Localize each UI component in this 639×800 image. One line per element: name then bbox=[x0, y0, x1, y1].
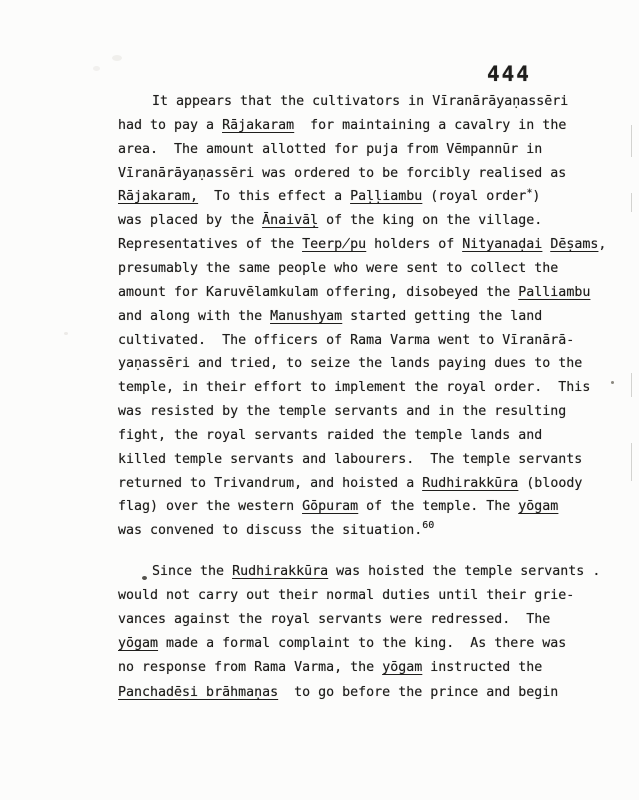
text-run: Representatives of the bbox=[118, 237, 302, 252]
text-line: had to pay a Rājakaram for maintaining a… bbox=[118, 119, 566, 133]
text-line: yaṇassēri and tried, to seize the lands … bbox=[118, 357, 582, 371]
text-run: vances against the royal servants were r… bbox=[118, 612, 550, 627]
text-line: It appears that the cultivators in Vīran… bbox=[152, 95, 568, 109]
scan-artifact-line bbox=[631, 373, 632, 397]
text-line: amount for Karuvēlamkulam offering, diso… bbox=[118, 286, 590, 300]
text-line: was placed by the Ānaivāḷ of the king on… bbox=[118, 214, 542, 228]
text-run: was hoisted the temple servants . bbox=[328, 564, 600, 579]
text-run: (bloody bbox=[518, 476, 582, 491]
underlined-term: Rudhirakkūra bbox=[232, 564, 328, 579]
text-run: flag) over the western bbox=[118, 499, 302, 514]
text-line: vances against the royal servants were r… bbox=[118, 613, 550, 627]
text-run: Vīranārāyaṇassēri was ordered to be forc… bbox=[118, 166, 566, 181]
text-run: was placed by the bbox=[118, 213, 262, 228]
underlined-term: Rājakaram bbox=[222, 118, 294, 133]
scan-artifact-line bbox=[631, 193, 632, 212]
text-run: would not carry out their normal duties … bbox=[118, 588, 574, 603]
text-run: fight, the royal servants raided the tem… bbox=[118, 428, 542, 443]
text-run: started getting the land bbox=[342, 309, 542, 324]
underlined-term: yōgam bbox=[118, 636, 158, 651]
underlined-term: Nityanaḍai bbox=[462, 237, 542, 252]
scan-artifact-line bbox=[631, 443, 632, 481]
text-run: to go before the prince and begin bbox=[278, 685, 558, 700]
text-run: killed temple servants and labourers. Th… bbox=[118, 452, 582, 467]
document-page: 444 It appears that the cultivators in V… bbox=[0, 0, 639, 800]
text-run: ) bbox=[532, 189, 540, 204]
text-line: yōgam made a formal complaint to the kin… bbox=[118, 637, 566, 651]
text-line: cultivated. The officers of Rama Varma w… bbox=[118, 334, 574, 348]
text-line: fight, the royal servants raided the tem… bbox=[118, 429, 542, 443]
text-run: instructed the bbox=[422, 660, 542, 675]
scan-artifact-speck bbox=[64, 332, 68, 335]
underlined-term: Ānaivāḷ bbox=[262, 213, 318, 228]
footnote-marker: ∗ bbox=[526, 186, 532, 197]
text-run: returned to Trivandrum, and hoisted a bbox=[118, 476, 422, 491]
text-run: presumably the same people who were sent… bbox=[118, 261, 558, 276]
underlined-term: Manushyam bbox=[270, 309, 342, 324]
text-run: made a formal complaint to the king. As … bbox=[158, 636, 566, 651]
text-line: was resisted by the temple servants and … bbox=[118, 405, 566, 419]
text-run: no response from Rama Varma, the bbox=[118, 660, 382, 675]
text-run: was resisted by the temple servants and … bbox=[118, 404, 566, 419]
scan-artifact-speck bbox=[611, 381, 614, 384]
text-line: area. The amount allotted for puja from … bbox=[118, 143, 542, 157]
text-line: presumably the same people who were sent… bbox=[118, 262, 558, 276]
text-line: returned to Trivandrum, and hoisted a Ru… bbox=[118, 477, 582, 491]
text-line: Rājakaram, To this effect a Paḷḷiambu (r… bbox=[118, 190, 540, 205]
underlined-term: Rudhirakkūra bbox=[422, 476, 518, 491]
scan-artifact-speck bbox=[112, 55, 122, 61]
underlined-term: Palliambu bbox=[518, 285, 590, 300]
underlined-term: Rājakaram, bbox=[118, 189, 198, 204]
text-line: Representatives of the Teerp̸pu holders … bbox=[118, 238, 606, 252]
scan-artifact-speck bbox=[93, 66, 100, 71]
text-run: of the king on the village. bbox=[318, 213, 542, 228]
text-run: To this effect a bbox=[198, 189, 350, 204]
text-run: for maintaining a cavalry in the bbox=[294, 118, 566, 133]
text-run: holders of bbox=[366, 237, 462, 252]
text-line: no response from Rama Varma, the yōgam i… bbox=[118, 661, 542, 675]
underlined-term: Paḷḷiambu bbox=[350, 189, 422, 204]
text-run: and along with the bbox=[118, 309, 270, 324]
scan-artifact-speck bbox=[142, 576, 147, 580]
underlined-term: Dēṣams bbox=[550, 237, 598, 252]
text-line: Panchadēsi brāhmaṇas to go before the pr… bbox=[118, 686, 558, 700]
text-line: killed temple servants and labourers. Th… bbox=[118, 453, 582, 467]
text-run: had to pay a bbox=[118, 118, 222, 133]
text-line: Since the Rudhirakkūra was hoisted the t… bbox=[152, 565, 600, 579]
underlined-term: yōgam bbox=[382, 660, 422, 675]
text-run: cultivated. The officers of Rama Varma w… bbox=[118, 333, 574, 348]
text-run: Since the bbox=[152, 564, 232, 579]
text-run: , bbox=[598, 237, 606, 252]
text-run: It appears that the cultivators in Vīran… bbox=[152, 94, 568, 109]
text-run: yaṇassēri and tried, to seize the lands … bbox=[118, 356, 582, 371]
text-run: was convened to discuss the situation. bbox=[118, 523, 422, 538]
underlined-term: yōgam bbox=[518, 499, 558, 514]
text-run: amount for Karuvēlamkulam offering, diso… bbox=[118, 285, 518, 300]
text-line: flag) over the western Gōpuram of the te… bbox=[118, 500, 558, 514]
text-line: would not carry out their normal duties … bbox=[118, 589, 574, 603]
text-run: (royal order bbox=[422, 189, 526, 204]
page-number: 444 bbox=[487, 63, 531, 85]
text-run: area. The amount allotted for puja from … bbox=[118, 142, 542, 157]
footnote-marker: 60 bbox=[422, 520, 434, 531]
text-line: temple, in their effort to implement the… bbox=[118, 381, 590, 395]
underlined-term: Gōpuram bbox=[302, 499, 358, 514]
text-line: and along with the Manushyam started get… bbox=[118, 310, 542, 324]
text-line: Vīranārāyaṇassēri was ordered to be forc… bbox=[118, 167, 566, 181]
text-run: of the temple. The bbox=[358, 499, 518, 514]
text-run: temple, in their effort to implement the… bbox=[118, 380, 590, 395]
text-line: was convened to discuss the situation.60 bbox=[118, 524, 434, 539]
underlined-term: Panchadēsi brāhmaṇas bbox=[118, 685, 278, 700]
scan-artifact-line bbox=[631, 125, 632, 157]
underlined-term: Teerp̸pu bbox=[302, 237, 366, 252]
